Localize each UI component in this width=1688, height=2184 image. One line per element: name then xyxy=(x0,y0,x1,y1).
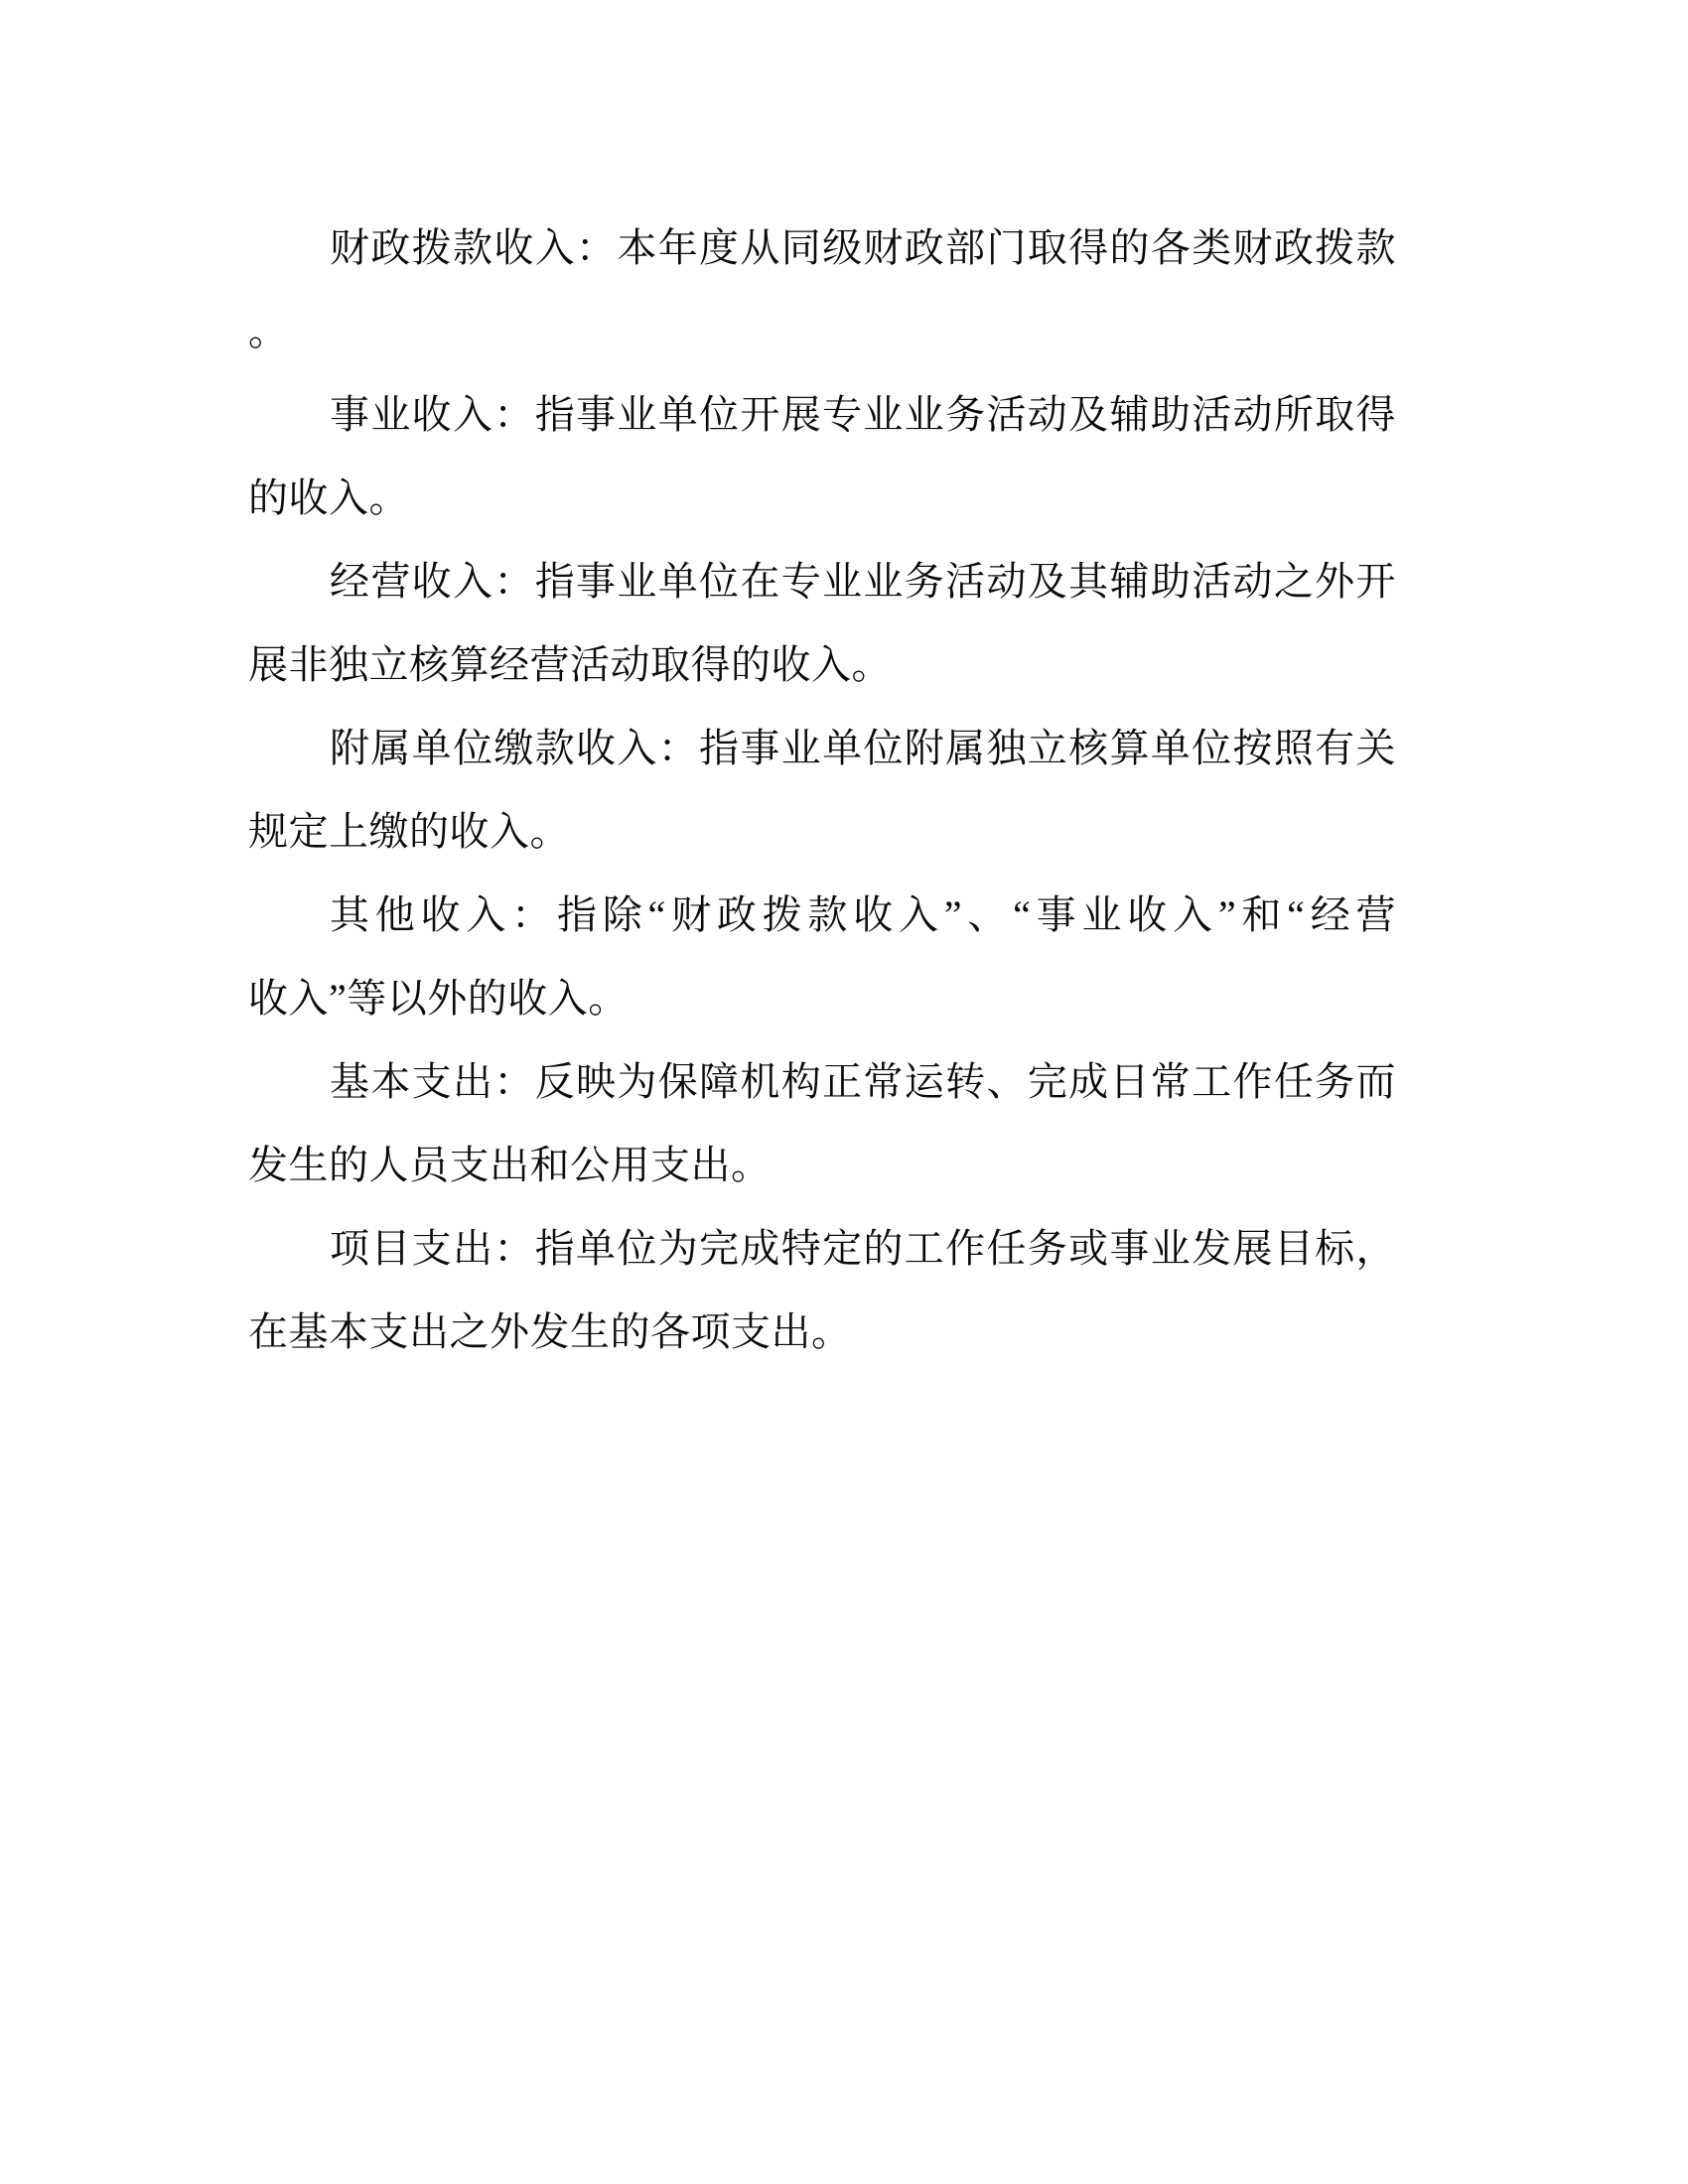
document-text-block: 财政拨款收入：本年度从同级财政部门取得的各类财政拨款。事业收入：指事业单位开展专… xyxy=(248,206,1396,1374)
text-line: 。 xyxy=(248,290,1396,373)
text-line: 发生的人员支出和公用支出。 xyxy=(248,1124,1396,1207)
text-line: 项目支出：指单位为完成特定的工作任务或事业发展目标， xyxy=(248,1207,1396,1291)
paragraph: 项目支出：指单位为完成特定的工作任务或事业发展目标，在基本支出之外发生的各项支出… xyxy=(248,1207,1396,1374)
text-line: 基本支出：反映为保障机构正常运转、完成日常工作任务而 xyxy=(248,1040,1396,1124)
document-page: 财政拨款收入：本年度从同级财政部门取得的各类财政拨款。事业收入：指事业单位开展专… xyxy=(0,0,1688,2184)
paragraph: 其他收入：指除“财政拨款收入”、“事业收入”和“经营收入”等以外的收入。 xyxy=(248,874,1396,1040)
paragraph: 事业收入：指事业单位开展专业业务活动及辅助活动所取得的收入。 xyxy=(248,373,1396,540)
text-line: 经营收入：指事业单位在专业业务活动及其辅助活动之外开 xyxy=(248,540,1396,623)
text-line: 附属单位缴款收入：指事业单位附属独立核算单位按照有关 xyxy=(248,707,1396,790)
paragraph: 基本支出：反映为保障机构正常运转、完成日常工作任务而发生的人员支出和公用支出。 xyxy=(248,1040,1396,1207)
text-line: 规定上缴的收入。 xyxy=(248,790,1396,874)
paragraph: 经营收入：指事业单位在专业业务活动及其辅助活动之外开展非独立核算经营活动取得的收… xyxy=(248,540,1396,707)
text-line: 财政拨款收入：本年度从同级财政部门取得的各类财政拨款 xyxy=(248,206,1396,290)
text-line: 展非独立核算经营活动取得的收入。 xyxy=(248,623,1396,707)
paragraph: 财政拨款收入：本年度从同级财政部门取得的各类财政拨款。 xyxy=(248,206,1396,373)
text-line: 其他收入：指除“财政拨款收入”、“事业收入”和“经营 xyxy=(248,874,1396,957)
text-line: 的收入。 xyxy=(248,457,1396,540)
text-line: 在基本支出之外发生的各项支出。 xyxy=(248,1291,1396,1374)
text-line: 事业收入：指事业单位开展专业业务活动及辅助活动所取得 xyxy=(248,373,1396,457)
text-line: 收入”等以外的收入。 xyxy=(248,957,1396,1040)
paragraph: 附属单位缴款收入：指事业单位附属独立核算单位按照有关规定上缴的收入。 xyxy=(248,707,1396,874)
